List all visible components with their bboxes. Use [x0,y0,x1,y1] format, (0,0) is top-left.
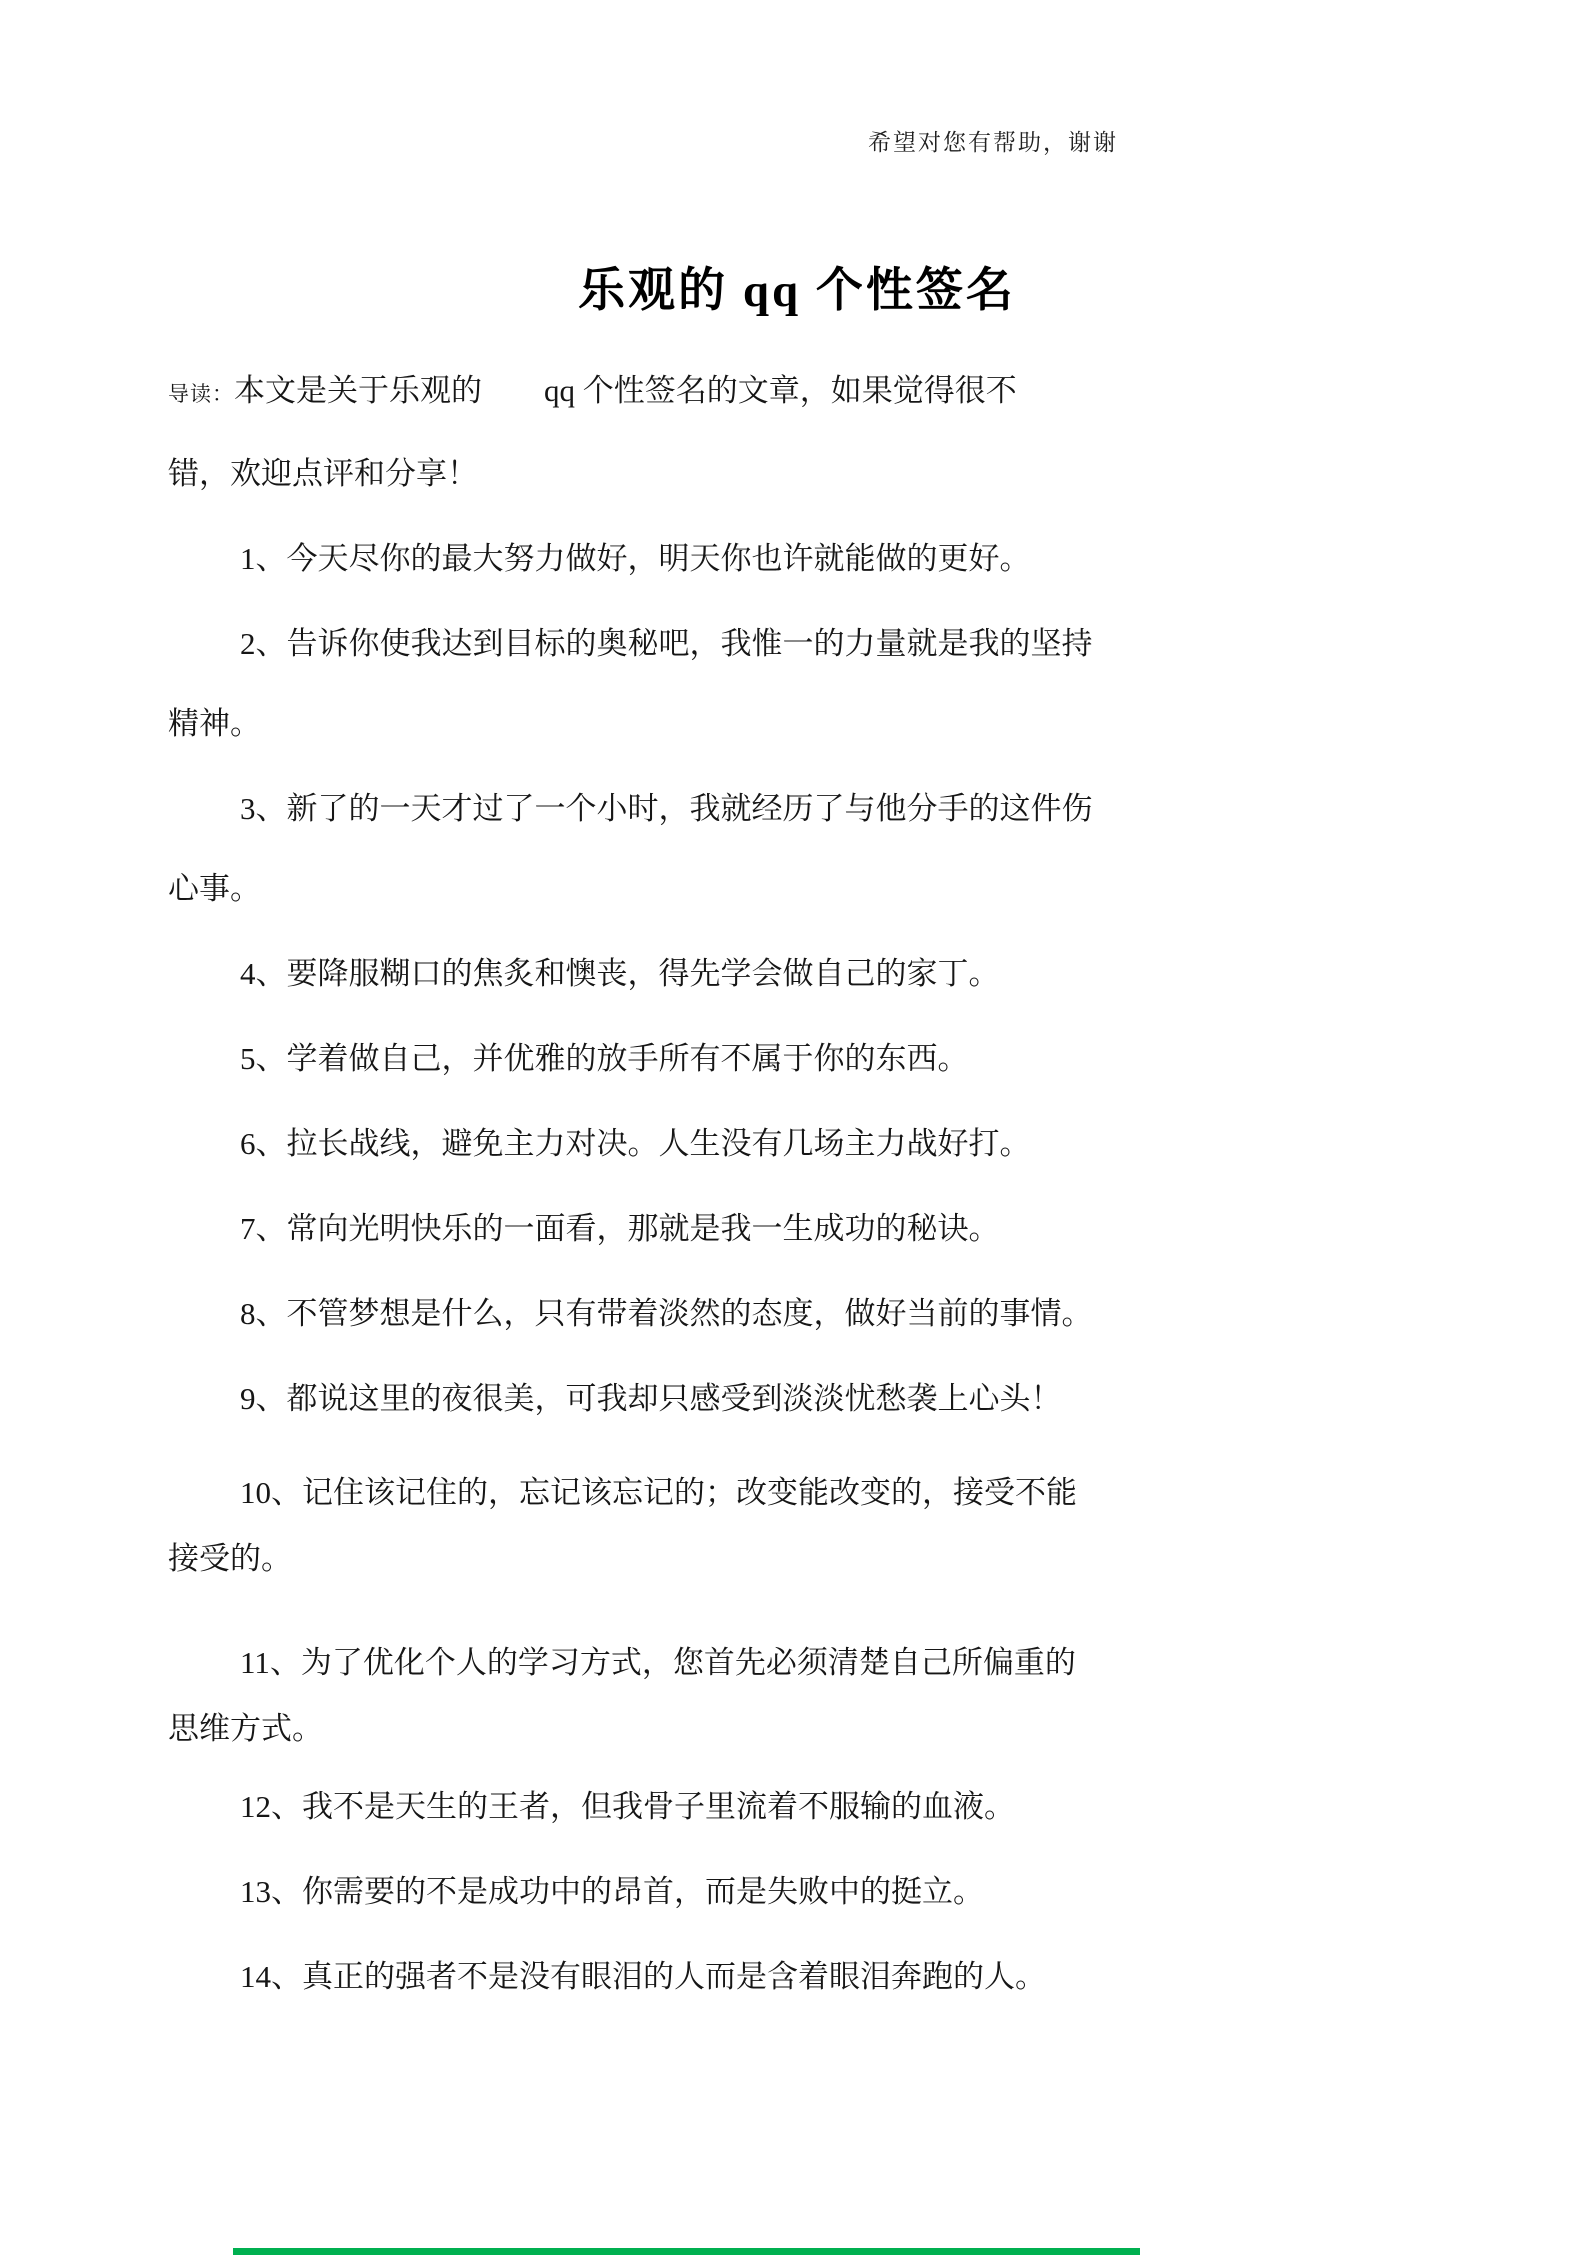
intro-text: 本文是关于乐观的 qq 个性签名的文章，如果觉得很不 错，欢迎点评和分享！ [168,373,1017,491]
signature-item-9: 9、都说这里的夜很美，可我却只感受到淡淡忧愁袭上心头！ [168,1359,1426,1439]
signature-item-11: 11、为了优化个人的学习方式，您首先必须清楚自己所偏重的 思维方式。 [168,1630,1426,1762]
signature-item-3: 3、新了的一天才过了一个小时，我就经历了与他分手的这件伤 心事。 [168,769,1426,929]
signature-item-14: 14、真正的强者不是没有眼泪的人而是含着眼泪奔跑的人。 [168,1937,1426,2017]
signature-item-5: 5、学着做自己，并优雅的放手所有不属于你的东西。 [168,1019,1426,1099]
intro-lead-label: 导读： [168,382,234,406]
page-title: 乐观的 qq 个性签名 [0,31,1594,319]
intro-paragraph: 导读：本文是关于乐观的 qq 个性签名的文章，如果觉得很不 错，欢迎点评和分享！ [168,351,1426,514]
footer-accent-bar [233,2248,1140,2255]
signature-item-12: 12、我不是天生的王者，但我骨子里流着不服输的血液。 [168,1767,1426,1847]
document-body: 导读：本文是关于乐观的 qq 个性签名的文章，如果觉得很不 错，欢迎点评和分享！… [168,351,1426,2017]
signature-item-6: 6、拉长战线，避免主力对决。人生没有几场主力战好打。 [168,1104,1426,1184]
signature-item-1: 1、今天尽你的最大努力做好，明天你也许就能做的更好。 [168,519,1426,599]
header-note: 希望对您有帮助，谢谢 [868,124,1118,157]
signature-item-8: 8、不管梦想是什么，只有带着淡然的态度，做好当前的事情。 [168,1274,1426,1354]
signature-item-7: 7、常向光明快乐的一面看，那就是我一生成功的秘诀。 [168,1189,1426,1269]
signature-item-2: 2、告诉你使我达到目标的奥秘吧，我惟一的力量就是我的坚持 精神。 [168,604,1426,764]
document-page: { "page": { "header_note": "希望对您有帮助，谢谢",… [0,0,1594,2255]
signature-item-13: 13、你需要的不是成功中的昂首，而是失败中的挺立。 [168,1852,1426,1932]
signature-item-10: 10、记住该记住的，忘记该忘记的；改变能改变的，接受不能 接受的。 [168,1460,1426,1592]
signature-item-4: 4、要降服糊口的焦炙和懊丧，得先学会做自己的家丁。 [168,934,1426,1014]
